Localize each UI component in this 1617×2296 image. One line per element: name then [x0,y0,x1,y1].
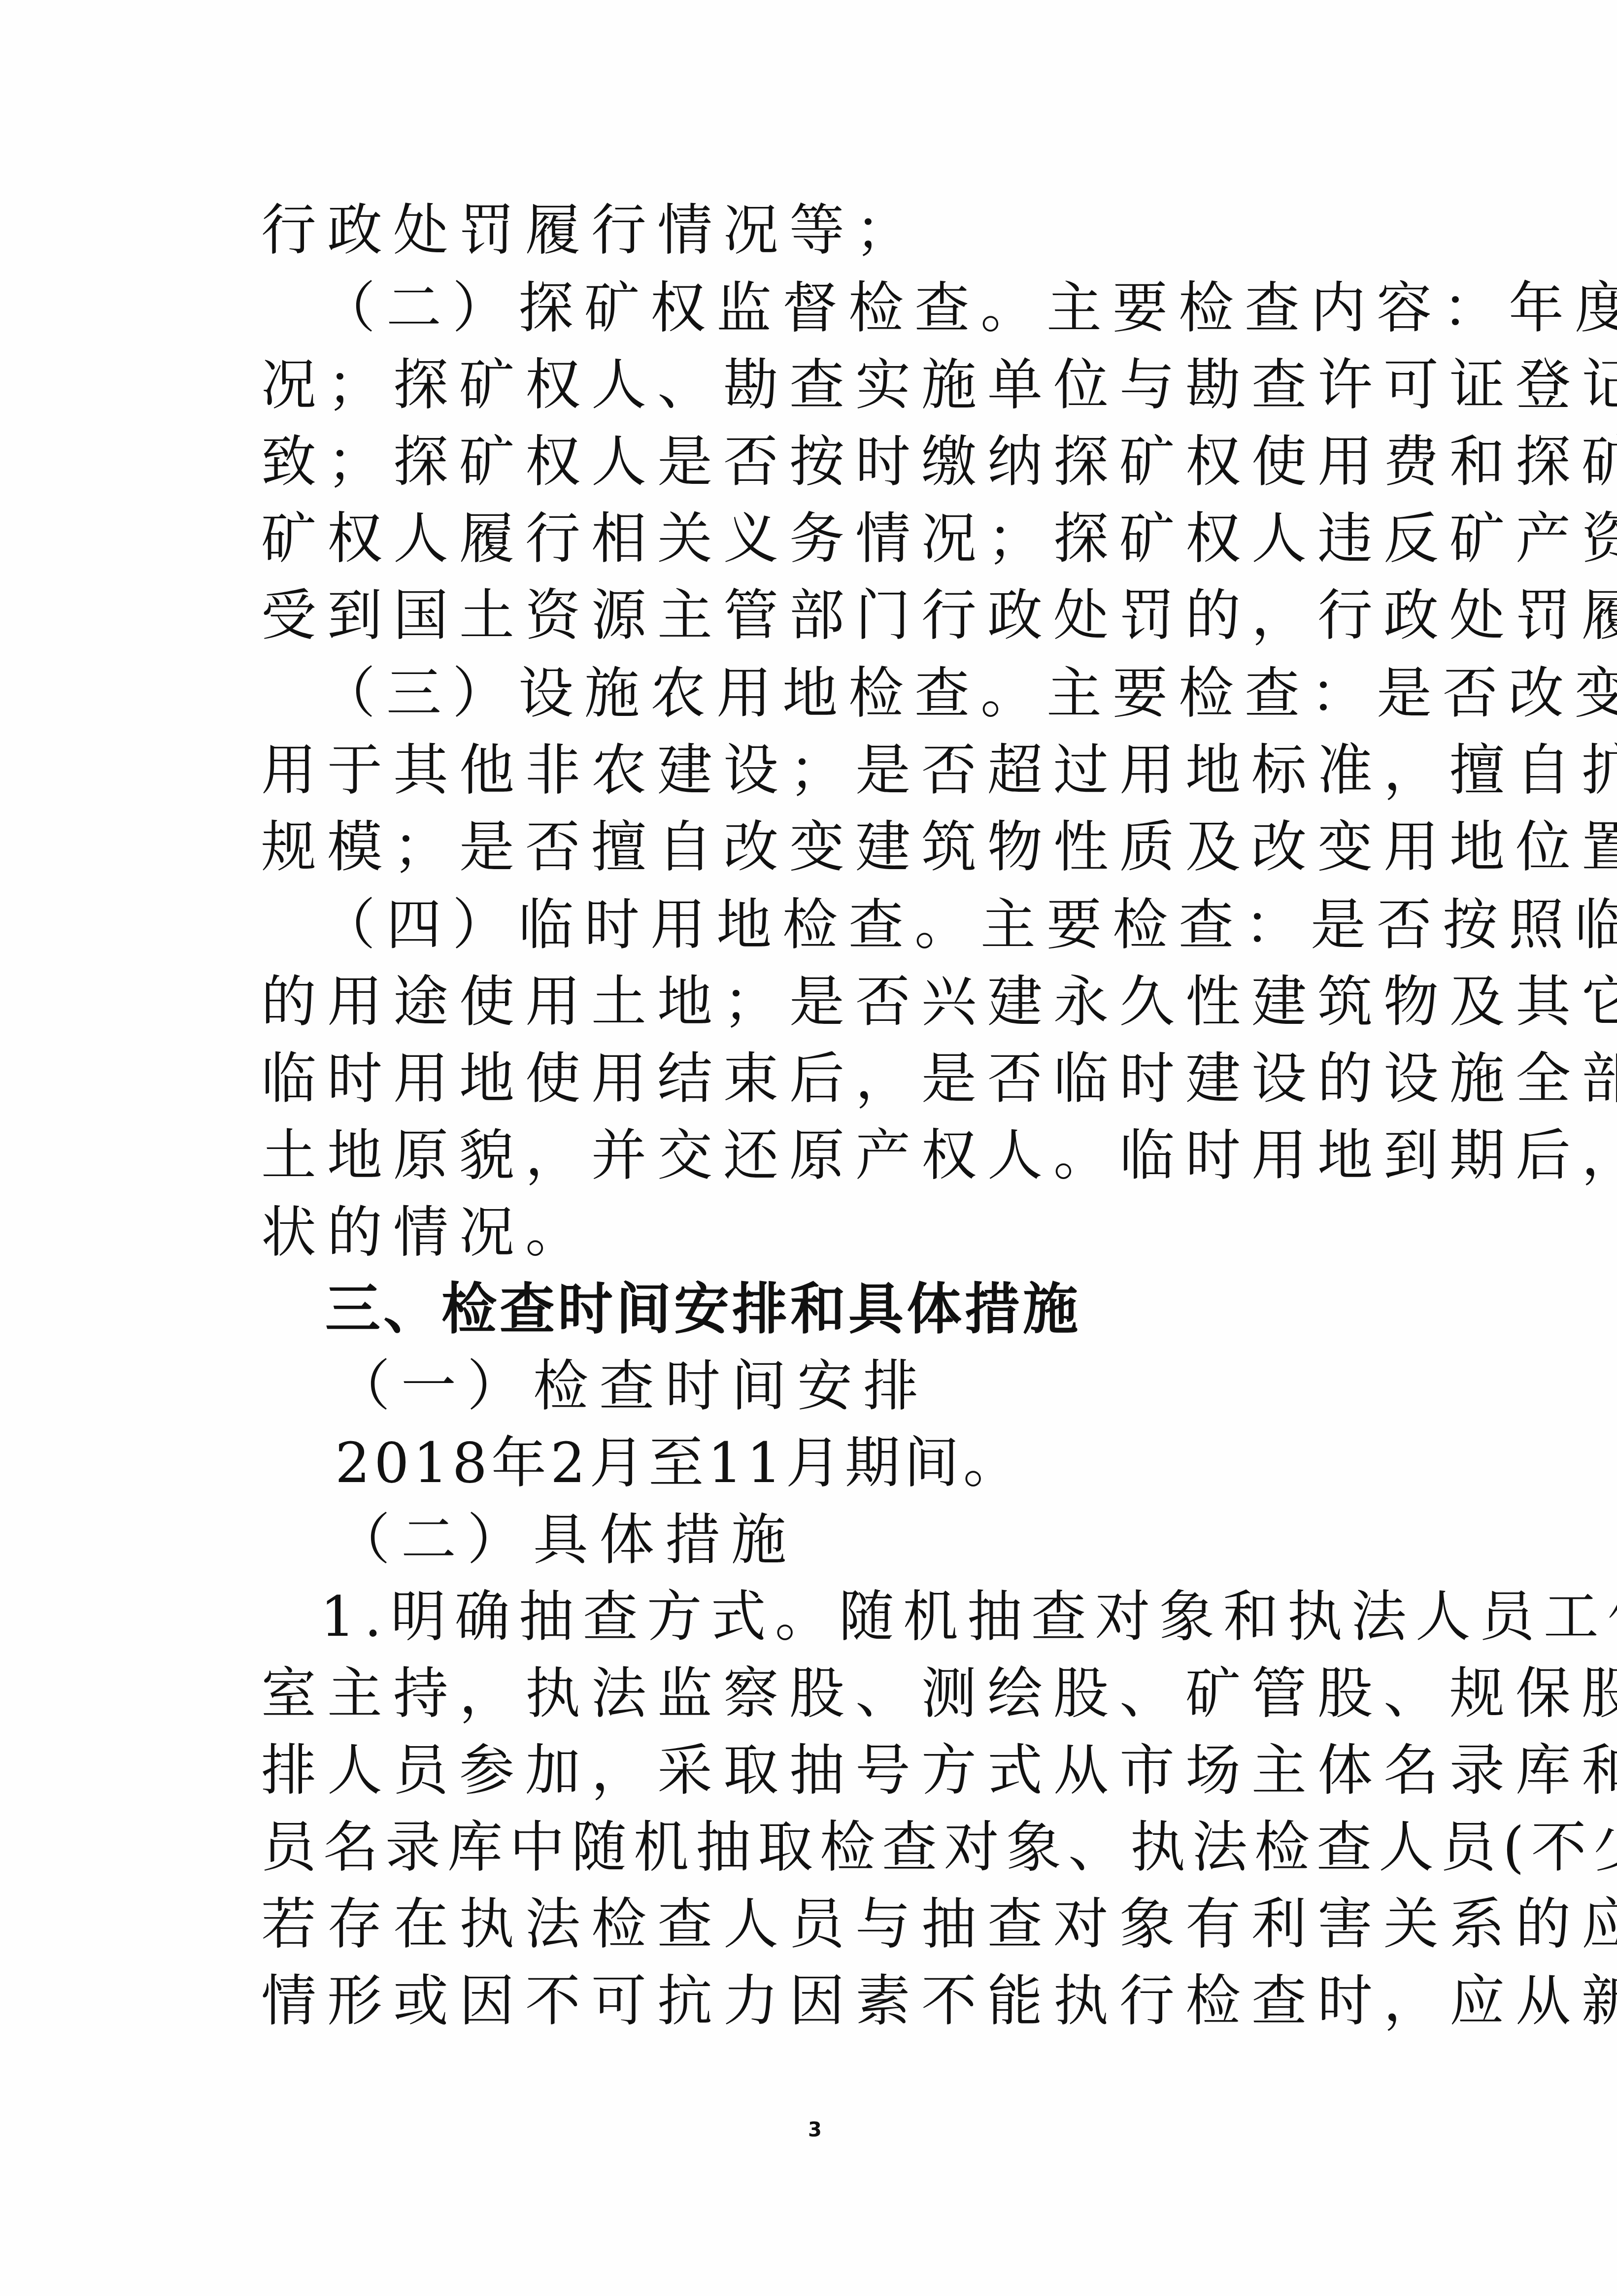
paragraph-line: 若存在执法检查人员与抽查对象有利害关系的应依法回避 [261,1886,1617,1963]
paragraph-line: （三）设施农用地检查。主要检查：是否改变审批用途， [320,655,1617,732]
paragraph-line: 的用途使用土地；是否兴建永久性建筑物及其它设施情况； [261,964,1617,1041]
subsection-heading: （二）具体措施 [335,1502,797,1579]
paragraph-line: 矿权人履行相关义务情况；探矿权人违反矿产资源法律法规 [261,501,1617,577]
paragraph-line: 排人员参加，采取抽号方式从市场主体名录库和执法检查人 [261,1732,1617,1809]
paragraph-line: （二）探矿权监督检查。主要检查内容：年度信息公示情 [320,270,1617,347]
paragraph-line: 员名录库中随机抽取检查对象、执法检查人员(不少于2名)， [261,1809,1617,1886]
paragraph-line: （四）临时用地检查。主要检查：是否按照临时用地约定 [320,887,1617,964]
subsection-heading: （一）检查时间安排 [335,1348,929,1425]
paragraph-line: 致；探矿权人是否按时缴纳探矿权使用费和探矿权价款；探 [261,424,1617,501]
paragraph-line: 用于其他非农建设；是否超过用地标准，擅自扩大设施用地 [261,732,1617,809]
paragraph-line: 受到国土资源主管部门行政处罚的，行政处罚履行情况等； [261,577,1617,654]
paragraph-line: 状的情况。 [261,1194,591,1271]
paragraph-line: 1.明确抽查方式。随机抽查对象和执法人员工作由办公 [320,1579,1617,1655]
paragraph-line: 况；探矿权人、勘查实施单位与勘查许可证登记事项是否一 [261,347,1617,424]
paragraph-line: 规模；是否擅自改变建筑物性质及改变用地位置等。 [261,809,1617,886]
paragraph-line: 土地原貌，并交还原产权人。临时用地到期后，是否恢复原 [261,1117,1617,1194]
document-page: 行政处罚履行情况等； （二）探矿权监督检查。主要检查内容：年度信息公示情 况；探… [0,0,1617,2296]
paragraph-line: 临时用地使用结束后，是否临时建设的设施全部拆除，恢复 [261,1041,1617,1117]
paragraph-line: 室主持，执法监察股、测绘股、矿管股、规保股、用地股安 [261,1655,1617,1732]
paragraph-line: 行政处罚履行情况等； [261,192,921,269]
section-heading: 三、检查时间安排和具体措施 [325,1271,1081,1348]
paragraph-line: 情形或因不可抗力因素不能执行检查时，应从新抽号。随机 [261,1963,1617,2040]
page-number: 3 [808,2119,822,2141]
paragraph-line: 2018年2月至11月期间。 [335,1425,1022,1502]
